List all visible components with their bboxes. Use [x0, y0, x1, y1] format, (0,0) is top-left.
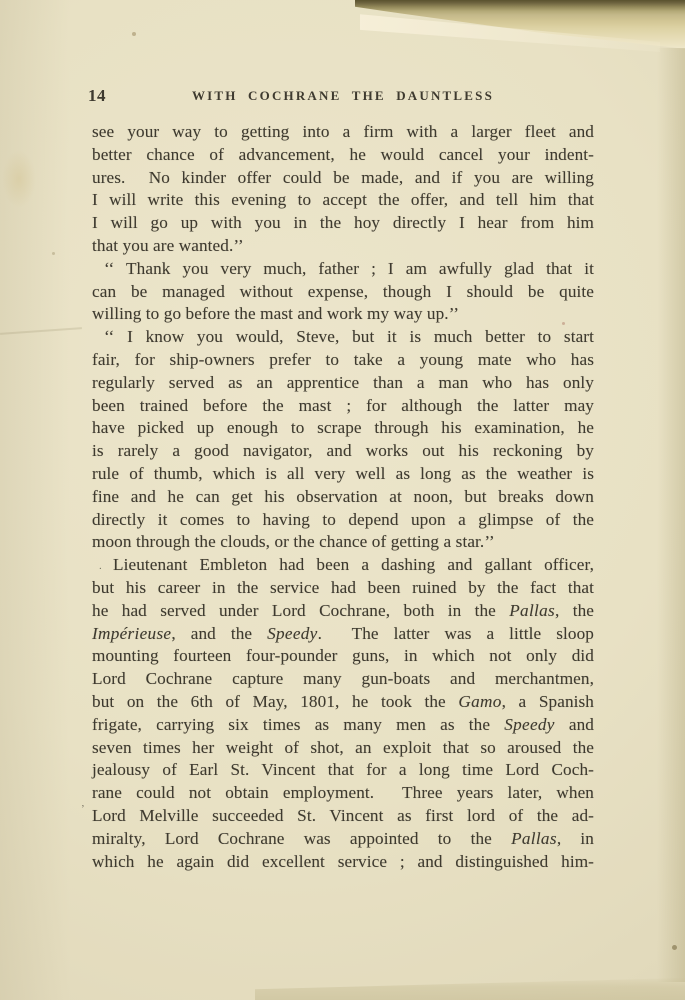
text-line: willing to go before the mast and work m… [92, 303, 594, 326]
paper-speck [132, 32, 136, 36]
text-segment: willing to go before the mast and work m… [92, 304, 459, 323]
ship-name-italic: Pallas [511, 829, 557, 848]
text-segment: and [555, 715, 594, 734]
stray-ink-mark: . [99, 560, 102, 572]
text-segment: regularly served as an apprentice than a… [92, 373, 594, 392]
paragraph: ‘‘ Thank you very much, father ; I am aw… [92, 258, 594, 326]
text-segment: , in [557, 829, 594, 848]
text-line: rane could not obtain employment. Three … [92, 782, 594, 805]
running-title: WITH COCHRANE THE DAUNTLESS [92, 88, 594, 104]
text-line: better chance of advancement, he would c… [92, 144, 594, 167]
text-segment: but his career in the service had been r… [92, 578, 594, 597]
right-page-edge-shadow [657, 48, 685, 982]
text-line: mounting fourteen four-pounder guns, in … [92, 645, 594, 668]
text-line: Impérieuse, and the Speedy. The latter w… [92, 623, 594, 646]
text-segment: , and the [171, 624, 267, 643]
text-line: moon through the clouds, or the chance o… [92, 531, 594, 554]
text-line: but his career in the service had been r… [92, 577, 594, 600]
text-segment: , a Spanish [502, 692, 594, 711]
text-segment: is rarely a good navigator, and works ou… [92, 441, 594, 460]
text-segment: Lieutenant Embleton had been a dashing a… [113, 555, 594, 574]
text-line: but on the 6th of May, 1801, he took the… [92, 691, 594, 714]
ship-name-italic: Gamo [458, 692, 501, 711]
text-segment: ‘‘ Thank you very much, father ; I am aw… [104, 259, 594, 278]
text-segment: , the [555, 601, 594, 620]
text-segment: been trained before the mast ; for altho… [92, 396, 594, 415]
text-line: Lieutenant Embleton had been a dashing a… [92, 554, 594, 577]
text-line: ures. No kinder offer could be made, and… [92, 167, 594, 190]
text-segment: have picked up enough to scrape through … [92, 418, 594, 437]
stray-ink-mark: ’ [81, 803, 85, 815]
text-segment: frigate, carrying six times as many men … [92, 715, 504, 734]
text-segment: miralty, Lord Cochrane was appointed to … [92, 829, 511, 848]
text-line: he had served under Lord Cochrane, both … [92, 600, 594, 623]
text-segment: rule of thumb, which is all very well as… [92, 464, 594, 483]
text-segment: I will go up with you in the hoy directl… [92, 213, 594, 232]
paper-stain [2, 150, 36, 208]
paper-speck [672, 945, 677, 950]
text-line: rule of thumb, which is all very well as… [92, 463, 594, 486]
text-line: regularly served as an apprentice than a… [92, 372, 594, 395]
text-segment: fine and he can get his observation at n… [92, 487, 594, 506]
ship-name-italic: Impérieuse [92, 624, 171, 643]
text-segment: Lord Cochrane capture many gun-boats and… [92, 669, 594, 688]
text-segment: moon through the clouds, or the chance o… [92, 532, 495, 551]
text-line: I will go up with you in the hoy directl… [92, 212, 594, 235]
text-line: ‘‘ Thank you very much, father ; I am aw… [92, 258, 594, 281]
text-line: directly it comes to having to depend up… [92, 509, 594, 532]
text-line: Lord Melville succeeded St. Vincent as f… [92, 805, 594, 828]
text-segment: he had served under Lord Cochrane, both … [92, 601, 509, 620]
text-segment: jealousy of Earl St. Vincent that for a … [92, 760, 594, 779]
text-line: see your way to getting into a firm with… [92, 121, 594, 144]
bottom-page-edge [255, 976, 685, 1000]
text-line: fair, for ship-owners prefer to take a y… [92, 349, 594, 372]
text-segment: see your way to getting into a firm with… [92, 122, 594, 141]
text-line: that you are wanted.’’ [92, 235, 594, 258]
text-line: been trained before the mast ; for altho… [92, 395, 594, 418]
text-segment: seven times her weight of shot, an explo… [92, 738, 594, 757]
text-segment: I will write this evening to accept the … [92, 190, 594, 209]
text-line: Lord Cochrane capture many gun-boats and… [92, 668, 594, 691]
text-segment: mounting fourteen four-pounder guns, in … [92, 646, 594, 665]
text-line: which he again did excellent service ; a… [92, 851, 594, 874]
text-segment: which he again did excellent service ; a… [92, 852, 594, 871]
text-line: miralty, Lord Cochrane was appointed to … [92, 828, 594, 851]
text-segment: Lord Melville succeeded St. Vincent as f… [92, 806, 594, 825]
text-line: fine and he can get his observation at n… [92, 486, 594, 509]
paper-speck [52, 252, 55, 255]
paragraph: Lieutenant Embleton had been a dashing a… [92, 554, 594, 873]
text-segment: that you are wanted.’’ [92, 236, 244, 255]
text-line: I will write this evening to accept the … [92, 189, 594, 212]
text-line: ‘‘ I know you would, Steve, but it is mu… [92, 326, 594, 349]
text-segment: fair, for ship-owners prefer to take a y… [92, 350, 594, 369]
paragraph: see your way to getting into a firm with… [92, 121, 594, 258]
ship-name-italic: Speedy [267, 624, 317, 643]
text-line: have picked up enough to scrape through … [92, 417, 594, 440]
text-segment: . The latter was a little sloop [318, 624, 594, 643]
text-line: jealousy of Earl St. Vincent that for a … [92, 759, 594, 782]
text-line: seven times her weight of shot, an explo… [92, 737, 594, 760]
text-segment: but on the 6th of May, 1801, he took the [92, 692, 458, 711]
paragraph: ‘‘ I know you would, Steve, but it is mu… [92, 326, 594, 554]
text-line: is rarely a good navigator, and works ou… [92, 440, 594, 463]
book-page-scan: 14 WITH COCHRANE THE DAUNTLESS see your … [0, 0, 685, 1000]
left-vignette [0, 0, 70, 1000]
text-segment: can be managed without expense, though I… [92, 282, 594, 301]
text-segment: rane could not obtain employment. Three … [92, 783, 594, 802]
text-segment: directly it comes to having to depend up… [92, 510, 594, 529]
ship-name-italic: Pallas [509, 601, 555, 620]
text-segment: better chance of advancement, he would c… [92, 145, 594, 164]
ship-name-italic: Speedy [504, 715, 554, 734]
text-line: frigate, carrying six times as many men … [92, 714, 594, 737]
text-line: can be managed without expense, though I… [92, 281, 594, 304]
page-header: 14 WITH COCHRANE THE DAUNTLESS [92, 86, 594, 104]
text-segment: ures. No kinder offer could be made, and… [92, 168, 594, 187]
text-block: see your way to getting into a firm with… [92, 121, 594, 873]
text-segment: ‘‘ I know you would, Steve, but it is mu… [104, 327, 594, 346]
